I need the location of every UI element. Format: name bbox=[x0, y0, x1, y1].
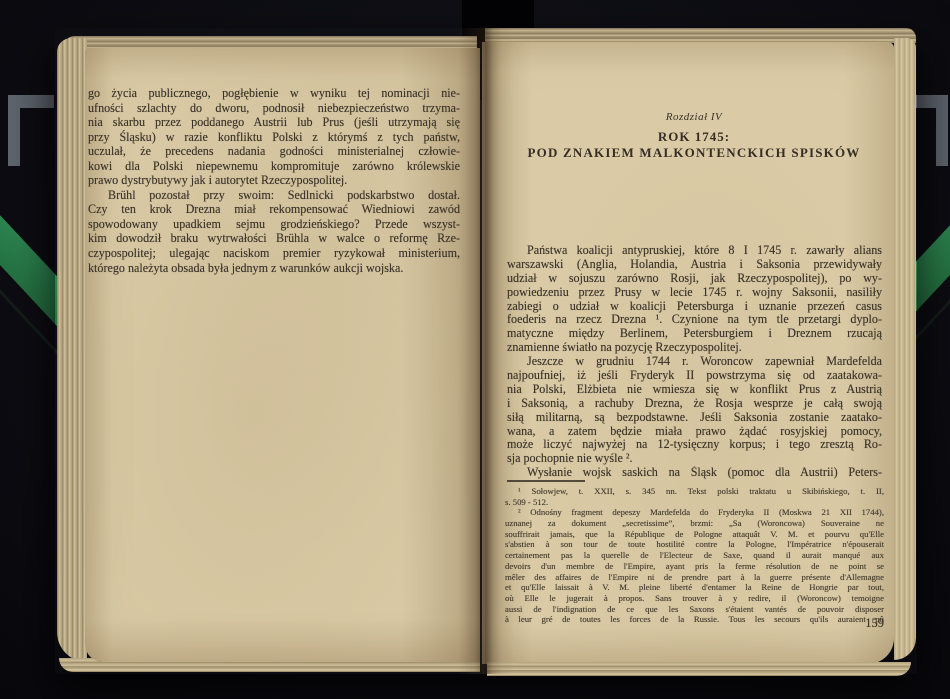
text-line: ¹ Sołowjew, t. XXII, s. 345 nn. Tekst po… bbox=[505, 486, 884, 497]
text-line: warszawski (Anglia, Holandia, Austria i … bbox=[507, 258, 882, 272]
text-line: zabiegi o udział w koalicji Petersburga … bbox=[507, 300, 882, 314]
paragraph: ¹ Sołowjew, t. XXII, s. 345 nn. Tekst po… bbox=[505, 486, 884, 507]
text-line: devoirs d'un membre de l'Empire, ayant p… bbox=[505, 561, 884, 572]
paragraph: Wysłanie wojsk saskich na Śląsk (pomoc d… bbox=[507, 466, 882, 480]
right-page-bottom-edge bbox=[487, 662, 911, 676]
footnote-separator-rule bbox=[507, 480, 585, 482]
paragraph: Jeszcze w grudniu 1744 r. Woroncow zapew… bbox=[507, 355, 882, 466]
frame-bracket-icon bbox=[912, 95, 948, 166]
text-line: s'abstien à son tour de toute hostilité … bbox=[505, 539, 884, 550]
text-line: Brühl pozostał przy swoim: Sedlnicki pod… bbox=[88, 188, 460, 203]
text-line: prawo dystrybutywy jak i autorytet Rzecz… bbox=[88, 173, 460, 188]
text-line: sja pochopnie nie wyśle ². bbox=[507, 452, 882, 466]
text-line: najpoufniej, iż jeśli Fryderyk II powstr… bbox=[507, 369, 882, 383]
text-line: aussi de l'indignation de ce que les Sax… bbox=[505, 604, 884, 615]
text-line: udział w sojuszu zarówno Rosji, jak Rzec… bbox=[507, 272, 882, 286]
photo-stage: go życia publicznego, pogłębienie w wyni… bbox=[0, 0, 950, 699]
text-line: przy Śląsku) w razie konfliktu Polski z … bbox=[88, 130, 460, 145]
text-line: kim dowodził braku wytrwałości Brühla w … bbox=[88, 231, 460, 246]
right-page-text: Państwa koalicji antypruskiej, które 8 I… bbox=[507, 244, 882, 480]
text-line: Wysłanie wojsk saskich na Śląsk (pomoc d… bbox=[507, 466, 882, 480]
text-line: kowi dla Polski niepewnemu kompromituje … bbox=[88, 159, 460, 174]
text-line: i Saksonią, a rachuby Drezna, że Rosja w… bbox=[507, 397, 882, 411]
text-line: powiedzeniu przez Prusy w lecie 1745 r. … bbox=[507, 286, 882, 300]
left-page-text: go życia publicznego, pogłębienie w wyni… bbox=[88, 86, 460, 275]
text-line: którego należyta obsada była jednym z wa… bbox=[88, 261, 460, 276]
right-page-fore-edge bbox=[894, 38, 916, 660]
text-line: spowodowany upadkiem sejmu grodzieńskieg… bbox=[88, 217, 460, 232]
text-line: Czy ten krok Drezna miał rekompensować W… bbox=[88, 202, 460, 217]
paragraph: Państwa koalicji antypruskiej, które 8 I… bbox=[507, 244, 882, 355]
text-line: wana, a zatem będzie miała prawo żądać r… bbox=[507, 425, 882, 439]
text-line: nia Polski, Elżbieta nie wmiesza się w k… bbox=[507, 383, 882, 397]
text-line: ufności szlachty do dworu, podnosił nieb… bbox=[88, 101, 460, 116]
text-line: s. 509 - 512. bbox=[505, 497, 884, 508]
text-line: matyczne między Berlinem, Petersburgiem … bbox=[507, 327, 882, 341]
text-line: go życia publicznego, pogłębienie w wyni… bbox=[88, 86, 460, 101]
page-number: 159 bbox=[794, 616, 884, 631]
chapter-title-line2: POD ZNAKIEM MALKONTENCKICH SPISKÓW bbox=[505, 145, 883, 161]
text-line: où Elle le jugerait à propos. Sans trouv… bbox=[505, 593, 884, 604]
text-line: certainement pas la querelle de l'Electe… bbox=[505, 550, 884, 561]
text-line: czypospolitej; ulegając naciskom premier… bbox=[88, 246, 460, 261]
text-line: ² Odnośny fragment depeszy Mardefelda do… bbox=[505, 507, 884, 518]
paragraph: ² Odnośny fragment depeszy Mardefelda do… bbox=[505, 507, 884, 625]
text-line: uznanej za dokument „secretissime”, brzm… bbox=[505, 518, 884, 529]
text-line: foederis na rzecz Drezna ¹. Czynione na … bbox=[507, 313, 882, 327]
text-line: nia skarbu przez poddanego Austrii lub P… bbox=[88, 115, 460, 130]
text-line: souffrirait jamais, que la République de… bbox=[505, 529, 884, 540]
right-page-top-edge bbox=[485, 28, 916, 43]
text-line: Państwa koalicji antypruskiej, które 8 I… bbox=[507, 244, 882, 258]
text-line: mêler des affaires de l'Empire ni de pre… bbox=[505, 572, 884, 583]
text-line: uczulał, że precedens nadania godności m… bbox=[88, 144, 460, 159]
paragraph: Brühl pozostał przy swoim: Sedlnicki pod… bbox=[88, 188, 460, 275]
text-line: siłą militarną, są bezpodstawne. Jeśli S… bbox=[507, 411, 882, 425]
footnotes-text: ¹ Sołowjew, t. XXII, s. 345 nn. Tekst po… bbox=[505, 486, 884, 625]
text-line: et qu'Elle laissait à V. M. pleine liber… bbox=[505, 582, 884, 593]
frame-bracket-icon bbox=[8, 95, 54, 166]
chapter-title-line1: ROK 1745: bbox=[505, 129, 883, 145]
text-line: znamienne światło na pozycję Rzeczypospo… bbox=[507, 341, 882, 355]
paragraph: go życia publicznego, pogłębienie w wyni… bbox=[88, 86, 460, 188]
chapter-label: Rozdział IV bbox=[505, 111, 883, 123]
text-line: może liczyć najwyżej na 12-tysięczny kor… bbox=[507, 438, 882, 452]
left-page-stacked-edges bbox=[57, 38, 87, 662]
text-line: Jeszcze w grudniu 1744 r. Woroncow zapew… bbox=[507, 355, 882, 369]
